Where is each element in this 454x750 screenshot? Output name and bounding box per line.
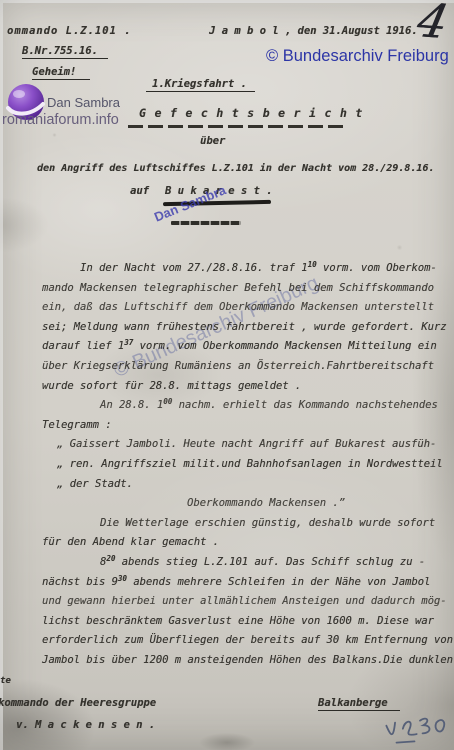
body-line: und gewann hierbei unter allmählichem An…: [42, 592, 454, 612]
dan-sambra-logo: Dan Sambra romaniaforum.info: [2, 80, 142, 136]
body-line: lichst beschränktem Gasverlust eine Höhe…: [42, 612, 454, 632]
logo-name-text: Dan Sambra: [47, 95, 120, 110]
unit-designation: ommando L.Z.101 .: [7, 25, 131, 37]
footer-signatory: v. M a c k e n s e n .: [16, 719, 155, 731]
body-line: In der Nacht vom 27./28.8.16. traf 110 v…: [42, 259, 454, 279]
subject-line: den Angriff des Luftschiffes L.Z.101 in …: [37, 163, 434, 174]
body-line: „ Gaissert Jamboli. Heute nacht Angriff …: [42, 435, 454, 455]
body-line: nächst bis 930 abends mehrere Schleifen …: [42, 573, 454, 593]
document-title: G e f e c h t s b e r i c h t: [139, 106, 363, 120]
handwritten-page-number: 4: [413, 0, 453, 49]
subject-preposition: auf: [130, 185, 149, 197]
body-line: „ der Stadt.: [42, 475, 454, 495]
body-line: sei; Meldung wann frühestens fahrtbereit…: [42, 318, 454, 338]
body-line: 820 abends stieg L.Z.101 auf. Das Schiff…: [42, 553, 454, 573]
body-line: Telegramm :: [42, 416, 454, 436]
body-line: über Kriegserklärung Rumäniens an Österr…: [42, 357, 454, 377]
footer-keyword: Balkanberge: [318, 697, 400, 711]
footer-command: kommando der Heeresgruppe: [0, 697, 156, 709]
body-line: Jambol bis über 1200 m ansteigenden Höhe…: [42, 651, 454, 671]
separator-dashes: [171, 221, 241, 225]
body-line: Die Wetterlage erschien günstig, deshalb…: [42, 514, 454, 534]
classification-label: Geheim!: [32, 66, 90, 80]
body-line: ein, daß das Luftschiff dem Oberkommando…: [42, 298, 454, 318]
title-underline: [128, 125, 346, 128]
logo-site-text: romaniaforum.info: [2, 112, 119, 128]
bundesarchiv-watermark: © Bundesarchiv Freiburg: [266, 47, 449, 66]
document-page: ommando L.Z.101 . J a m b o l , den 31.A…: [0, 0, 454, 750]
body-line: „ ren. Angriffsziel milit.und Bahnhofsan…: [42, 455, 454, 475]
cut-text-fragment: te: [0, 676, 11, 686]
body-line: erforderlich zum Überfliegen der bereits…: [42, 631, 454, 651]
body-line: wurde sofort für 28.8. mittags gemeldet …: [42, 377, 454, 397]
body-line: für den Abend klar gemacht .: [42, 533, 454, 553]
reference-number: B.Nr.755.16.: [22, 45, 108, 59]
report-body: In der Nacht vom 27./28.8.16. traf 110 v…: [42, 259, 454, 670]
body-line: darauf lief 137 vorm. vom Oberkommando M…: [42, 337, 454, 357]
body-line: Oberkommando Mackensen .”: [42, 494, 454, 514]
handwritten-signature-mark: [381, 708, 453, 750]
body-line: mando Mackensen telegraphischer Befehl b…: [42, 279, 454, 299]
sortie-label: 1.Kriegsfahrt .: [146, 78, 255, 92]
body-line: An 28.8. 100 nachm. erhielt das Kommando…: [42, 396, 454, 416]
place-and-date: J a m b o l , den 31.August 1916.: [209, 25, 418, 37]
title-connector: über: [200, 135, 225, 147]
